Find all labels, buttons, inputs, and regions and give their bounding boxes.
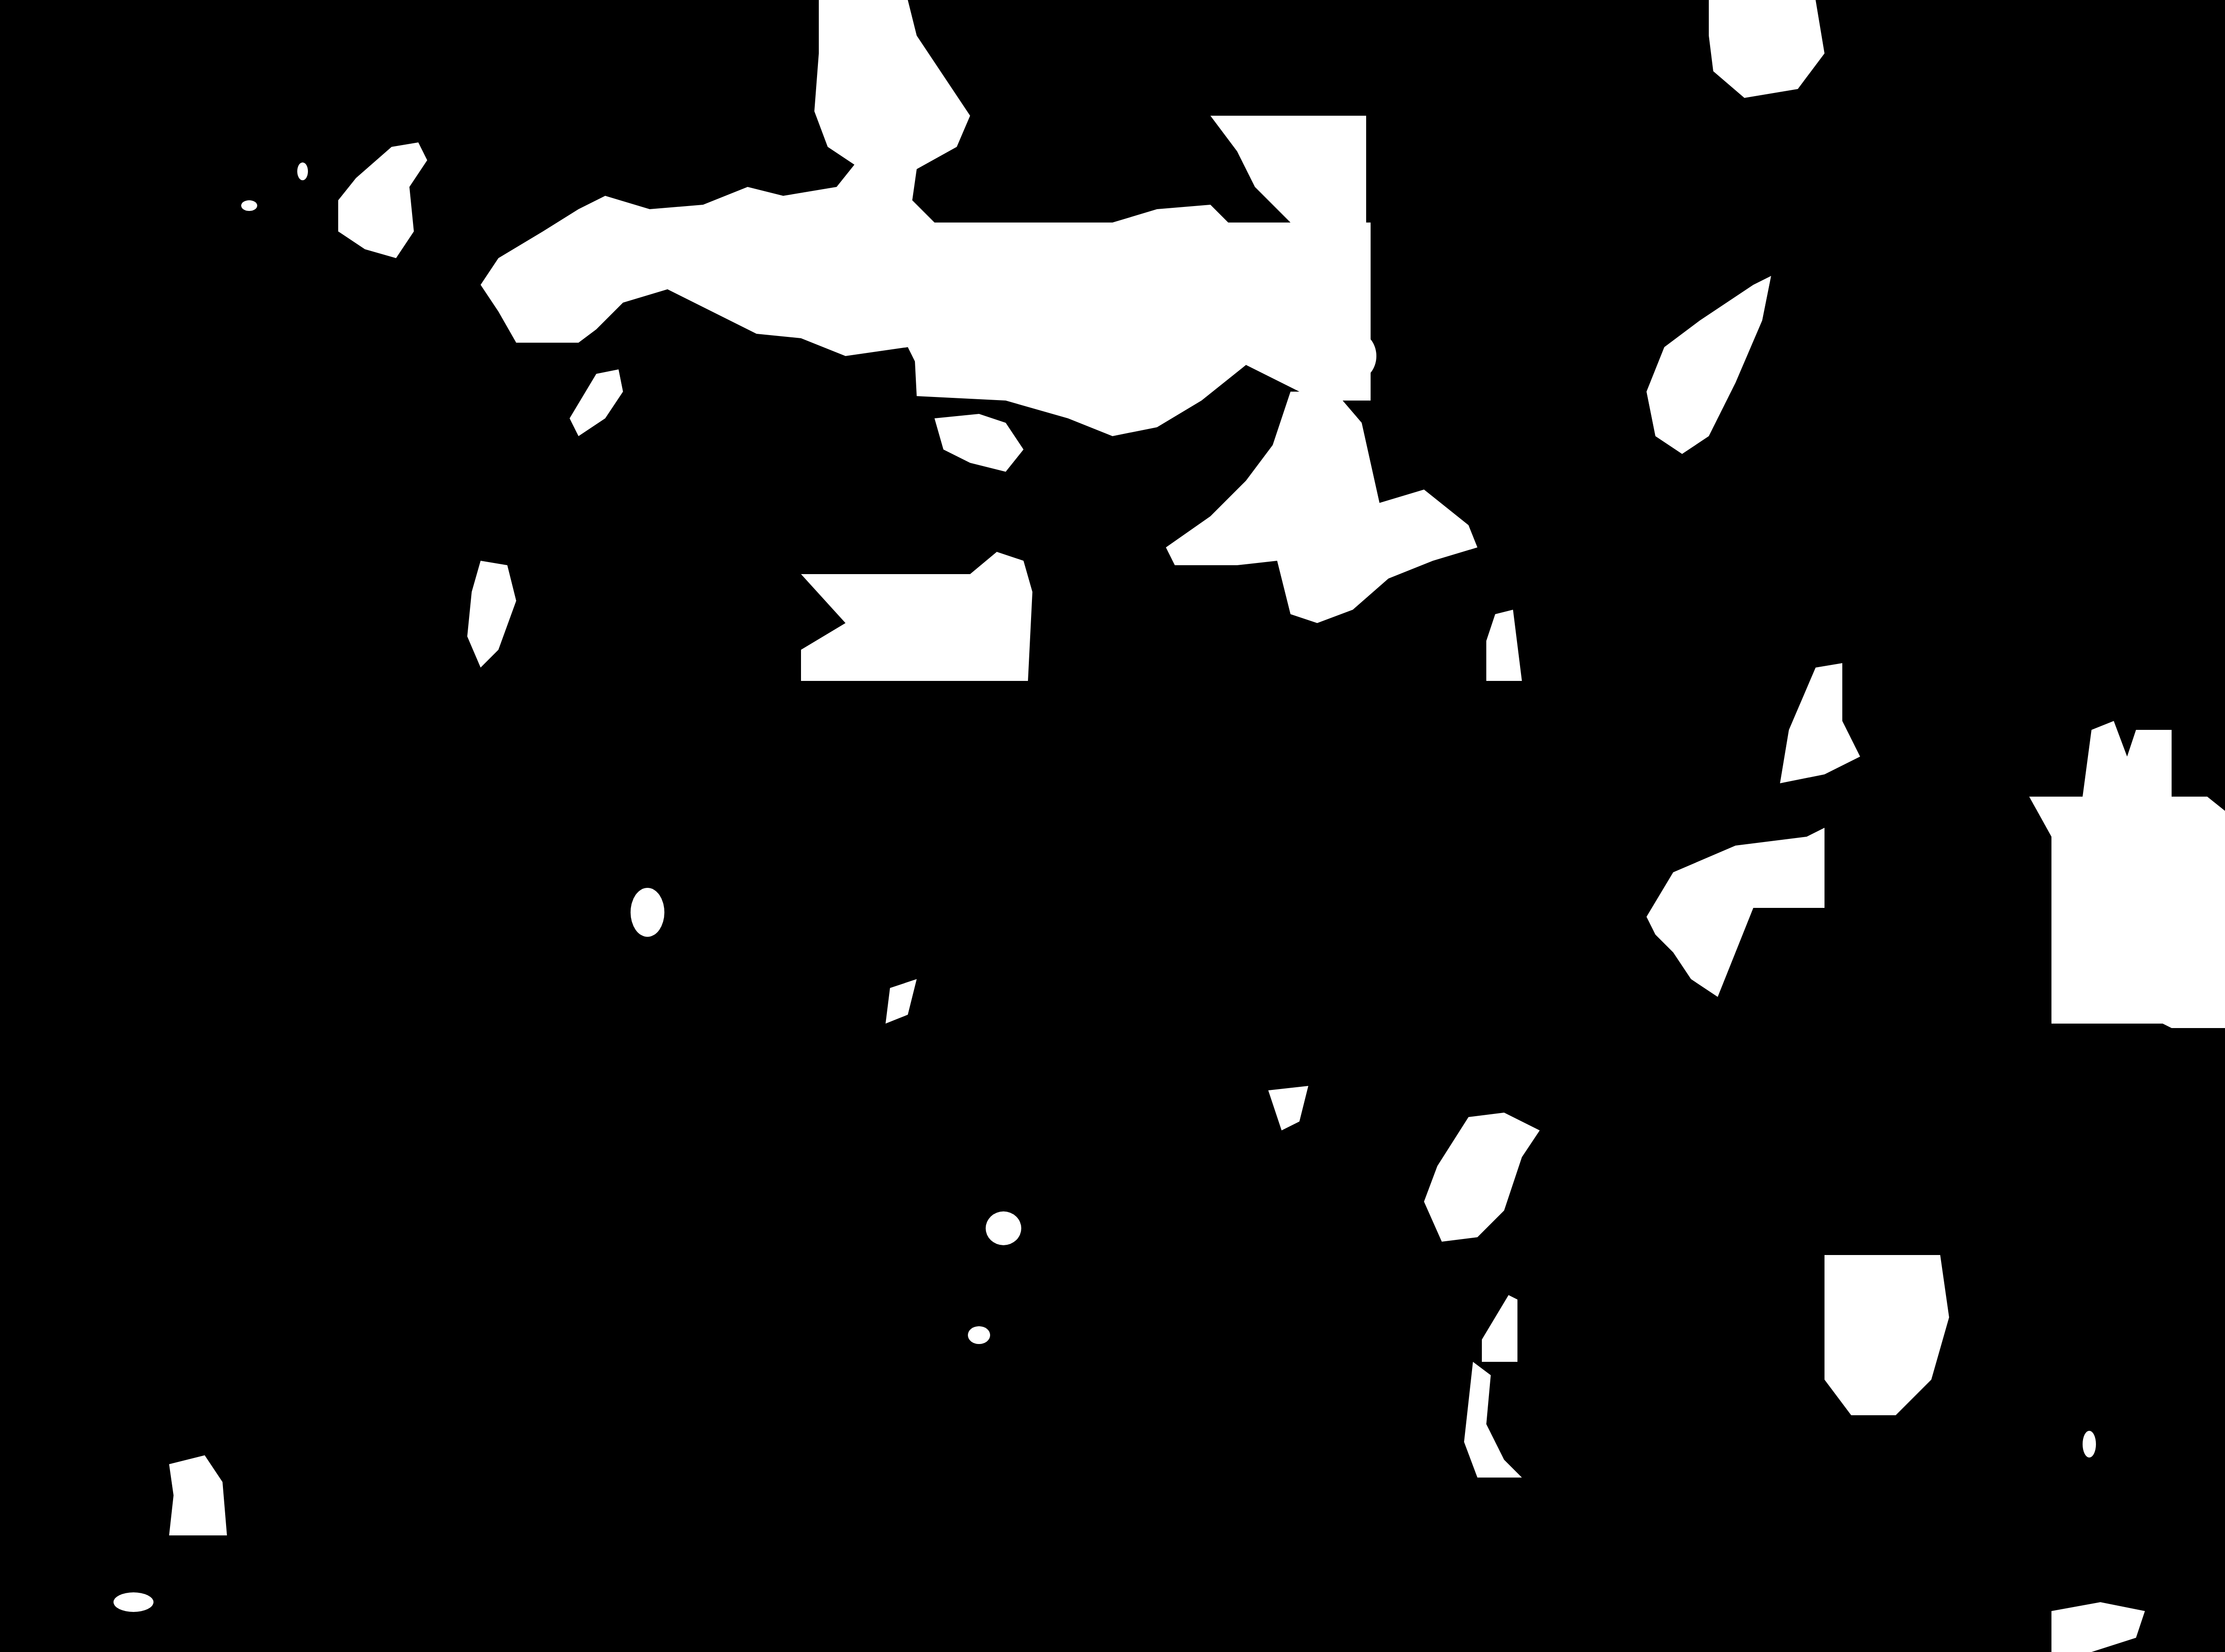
mask-region bbox=[631, 888, 664, 937]
mask-region bbox=[1334, 332, 1376, 381]
mask-region bbox=[986, 1211, 1021, 1245]
mask-region bbox=[113, 1592, 154, 1612]
mask-region bbox=[968, 1326, 990, 1344]
mask-region bbox=[241, 200, 257, 211]
mask-region bbox=[2083, 1431, 2096, 1458]
segmentation-mask bbox=[0, 0, 2225, 1652]
mask-region bbox=[297, 162, 308, 180]
